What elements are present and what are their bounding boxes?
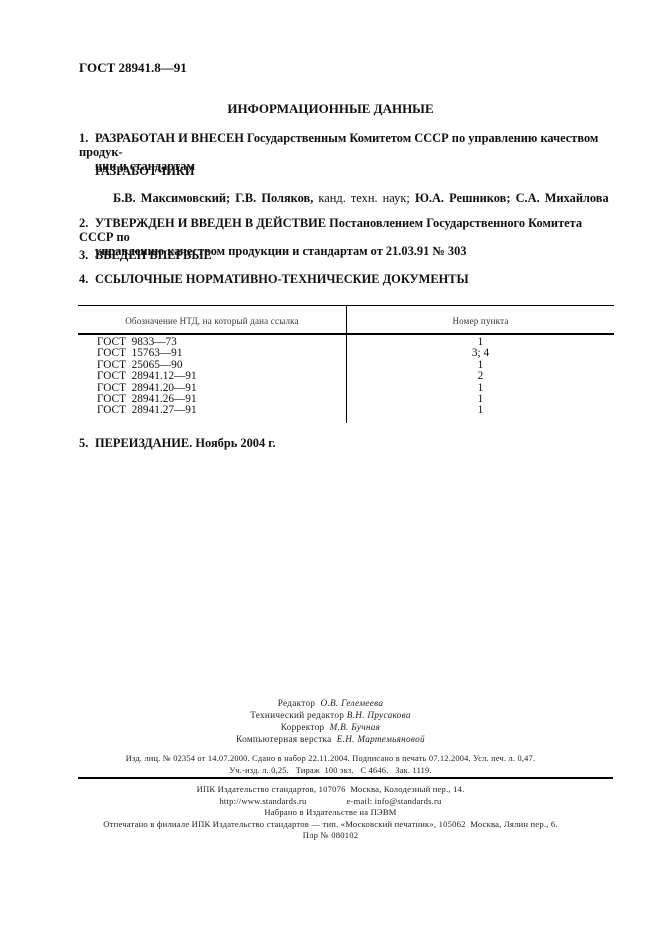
item-lead: РАЗРАБОТАН И ВНЕСЕН: [95, 131, 244, 145]
footer-divider: [78, 777, 613, 779]
credit-role: Редактор: [278, 698, 316, 708]
item-lead: УТВЕРЖДЕН И ВВЕДЕН В ДЕЙСТВИЕ: [95, 216, 326, 230]
item-number: 5.: [79, 436, 95, 450]
item-5: 5.ПЕРЕИЗДАНИЕ. Ноябрь 2004 г.: [79, 436, 619, 450]
credit-role: Технический редактор: [250, 710, 344, 720]
developer-name: Б.В. Максимовский;: [113, 191, 230, 205]
table-cell-doc: ГОСТ 28941.12—91: [97, 371, 197, 382]
table-cell-doc: ГОСТ 28941.27—91: [97, 405, 197, 416]
developer-name: С.А. Михайлова: [516, 191, 609, 205]
document-column: ГОСТ 9833—73 ГОСТ 15763—91 ГОСТ 25065—90…: [97, 337, 197, 417]
credit-line: Технический редактор В.Н. Прусакова: [0, 709, 661, 721]
item-text: Ноябрь 2004 г.: [192, 436, 275, 450]
credit-name: О.В. Гелемеева: [320, 698, 383, 708]
imprint-line: Уч.-изд. л. 0,25. Тираж 100 экз. С 4646.…: [0, 765, 661, 777]
column-header-document: Обозначение НТД, на который дана ссылка: [78, 316, 346, 326]
item-number: 4.: [79, 272, 95, 286]
section-title: ИНФОРМАЦИОННЫЕ ДАННЫЕ: [0, 101, 661, 117]
table-cell-clause: 2: [347, 371, 614, 382]
credit-name: Е.Н. Мартемьяновой: [337, 734, 425, 744]
developer-name: Г.В. Поляков,: [235, 191, 313, 205]
developers-heading: РАЗРАБОТЧИКИ: [95, 164, 194, 179]
publisher-url[interactable]: http://www.standards.ru: [219, 796, 306, 808]
credit-name: М.В. Бучная: [330, 722, 381, 732]
item-number: 2.: [79, 216, 95, 230]
credit-role: Компьютерная верстка: [236, 734, 331, 744]
printed-note: Отпечатано в филиале ИПК Издательство ст…: [0, 819, 661, 831]
item-lead: ВВЕДЕН ВПЕРВЫЕ: [95, 248, 212, 262]
item-lead: ССЫЛОЧНЫЕ НОРМАТИВНО-ТЕХНИЧЕСКИЕ ДОКУМЕН…: [95, 272, 469, 286]
developer-name: Ю.А. Решников;: [415, 191, 511, 205]
credit-line: Компьютерная верстка Е.Н. Мартемьяновой: [0, 733, 661, 745]
credit-line: Корректор М.В. Бучная: [0, 721, 661, 733]
developer-degree: канд. техн. наук;: [318, 191, 409, 205]
table-cell-clause: 1: [347, 405, 614, 416]
item-number: 3.: [79, 248, 95, 262]
credit-role: Корректор: [281, 722, 325, 732]
publisher-contacts: http://www.standards.rue-mail: info@stan…: [0, 796, 661, 808]
clause-column: 1 3; 4 1 2 1 1 1: [347, 337, 614, 417]
imprint-line: Изд. лиц. № 02354 от 14.07.2000. Сдано в…: [0, 753, 661, 765]
publisher-email[interactable]: e-mail: info@standards.ru: [347, 796, 442, 806]
item-number: 1.: [79, 131, 95, 145]
license-number: Плр № 080102: [0, 830, 661, 842]
item-3: 3.ВВЕДЕН ВПЕРВЫЕ: [79, 248, 619, 262]
item-lead: ПЕРЕИЗДАНИЕ.: [95, 436, 192, 450]
developers-list: Б.В. Максимовский; Г.В. Поляков, канд. т…: [113, 191, 609, 206]
typeset-note: Набрано в Издательстве на ПЭВМ: [0, 807, 661, 819]
column-header-clause: Номер пункта: [347, 316, 614, 326]
standard-code: ГОСТ 28941.8—91: [79, 60, 187, 76]
credits: Редактор О.В. Гелемеева Технический реда…: [0, 697, 661, 745]
credit-line: Редактор О.В. Гелемеева: [0, 697, 661, 709]
publisher-info: ИПК Издательство стандартов, 107076 Моск…: [0, 784, 661, 842]
credit-name: В.Н. Прусакова: [347, 710, 411, 720]
item-4: 4.ССЫЛОЧНЫЕ НОРМАТИВНО-ТЕХНИЧЕСКИЕ ДОКУМ…: [79, 272, 619, 286]
publisher-address: ИПК Издательство стандартов, 107076 Моск…: [0, 784, 661, 796]
imprint: Изд. лиц. № 02354 от 14.07.2000. Сдано в…: [0, 753, 661, 777]
